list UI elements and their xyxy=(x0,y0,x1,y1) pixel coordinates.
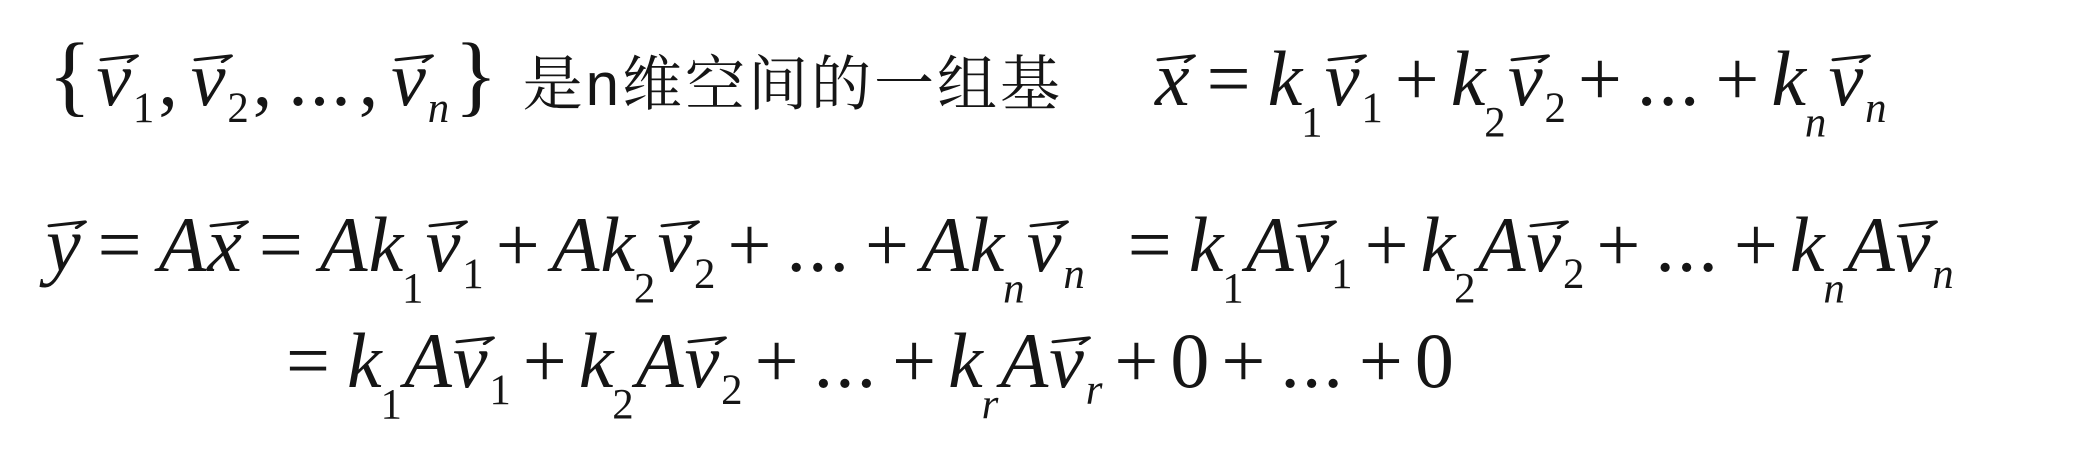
coefficient-letter: k xyxy=(1771,35,1807,122)
formula-line-rank: =k1Av1+k2Av2+...+krAvr+0+...+0 xyxy=(270,322,1455,400)
number-0: 0 xyxy=(1415,322,1455,400)
equals-sign: = xyxy=(259,206,304,284)
vector-v2-with-arrow: v2 xyxy=(1508,40,1567,118)
vector-base-letter: v xyxy=(1049,322,1085,400)
matrix-A: A xyxy=(159,206,208,284)
vector-vn-with-arrow: vn xyxy=(1896,206,1955,284)
matrix-A: A xyxy=(1847,206,1896,284)
coefficient-k2: k2 xyxy=(1451,40,1508,118)
coefficient-letter: k xyxy=(970,201,1006,288)
subscript-n: n xyxy=(1805,103,1827,146)
subscript-r: r xyxy=(982,385,1000,428)
vector-base-letter: v xyxy=(1829,40,1865,118)
curly-brace: { xyxy=(48,30,92,120)
vector-v2-with-arrow: v2 xyxy=(1526,206,1585,284)
matrix-A: A xyxy=(404,322,453,400)
coefficient-k1: k1 xyxy=(369,206,426,284)
coefficient-letter: k xyxy=(600,201,636,288)
subscript-1: 1 xyxy=(462,254,484,297)
plus-sign: + xyxy=(755,322,800,400)
plus-sign: + xyxy=(1359,322,1404,400)
subscript-1: 1 xyxy=(402,269,424,312)
number-0: 0 xyxy=(1170,322,1210,400)
coefficient-k1: k1 xyxy=(1189,206,1246,284)
spacer xyxy=(503,104,523,105)
matrix-A: A xyxy=(320,206,369,284)
comma: , xyxy=(253,40,274,118)
vector-base-letter: y xyxy=(46,206,82,284)
equals-sign: = xyxy=(98,206,143,284)
vector-v1-with-arrow: v1 xyxy=(426,206,485,284)
subscript-1: 1 xyxy=(380,385,402,428)
vector-base-letter: v xyxy=(1027,206,1063,284)
matrix-A: A xyxy=(552,206,601,284)
ellipsis: ... xyxy=(288,40,353,118)
subscript-1: 1 xyxy=(1361,88,1383,131)
coefficient-letter: k xyxy=(579,317,615,404)
subscript-1: 1 xyxy=(1222,269,1244,312)
plus-sign: + xyxy=(523,322,568,400)
equals-sign: = xyxy=(1128,206,1173,284)
plus-sign: + xyxy=(1221,322,1266,400)
plus-sign: + xyxy=(1734,206,1779,284)
plus-sign: + xyxy=(892,322,937,400)
plus-sign: + xyxy=(496,206,541,284)
vector-base-letter: v xyxy=(1508,40,1544,118)
plus-sign: + xyxy=(1365,206,1410,284)
matrix-A: A xyxy=(1001,322,1050,400)
vector-base-letter: v xyxy=(391,40,427,118)
plus-sign: + xyxy=(1578,40,1623,118)
coefficient-kr: kr xyxy=(948,322,1000,400)
vector-base-letter: v xyxy=(96,40,132,118)
coefficient-k1: k1 xyxy=(347,322,404,400)
vector-x-with-arrow: x xyxy=(1155,40,1191,118)
vector-base-letter: v xyxy=(1295,206,1331,284)
subscript-2: 2 xyxy=(1563,254,1585,297)
coefficient-letter: k xyxy=(1268,35,1304,122)
vector-v2-with-arrow: v2 xyxy=(658,206,717,284)
subscript-2: 2 xyxy=(634,269,656,312)
subscript-2: 2 xyxy=(1544,88,1566,131)
vector-base-letter: v xyxy=(1325,40,1361,118)
coefficient-letter: k xyxy=(347,317,383,404)
subscript-n: n xyxy=(1932,254,1954,297)
vector-vn-with-arrow: vn xyxy=(1829,40,1888,118)
subscript-1: 1 xyxy=(1331,254,1353,297)
vector-vr-with-arrow: vr xyxy=(1049,322,1103,400)
matrix-A: A xyxy=(1246,206,1295,284)
vector-v1-with-arrow: v1 xyxy=(1295,206,1354,284)
spacer xyxy=(1086,270,1112,271)
vector-base-letter: v xyxy=(658,206,694,284)
coefficient-k2: k2 xyxy=(1421,206,1478,284)
coefficient-letter: k xyxy=(369,201,405,288)
cjk-basis-caption: 是n维空间的一组基 xyxy=(523,55,1063,115)
vector-base-letter: v xyxy=(191,40,227,118)
coefficient-kn: kn xyxy=(970,206,1027,284)
coefficient-k2: k2 xyxy=(600,206,657,284)
ellipsis: ... xyxy=(814,322,879,400)
matrix-A: A xyxy=(636,322,685,400)
equals-sign: = xyxy=(1207,40,1252,118)
comma: , xyxy=(359,40,380,118)
subscript-n: n xyxy=(1003,269,1025,312)
subscript-2: 2 xyxy=(721,370,743,413)
ellipsis: ... xyxy=(787,206,852,284)
vector-x-with-arrow: x xyxy=(207,206,243,284)
formula-line-transform: y=Ax=Ak1v1+Ak2v2+...+Aknvn=k1Av1+k2Av2+.… xyxy=(46,206,1955,284)
ellipsis: ... xyxy=(1655,206,1720,284)
subscript-n: n xyxy=(428,88,450,131)
formula-line-basis: {v1,v2,...,vn}是n维空间的一组基x=k1v1+k2v2+...+k… xyxy=(44,30,1888,120)
coefficient-letter: k xyxy=(1189,201,1225,288)
subscript-2: 2 xyxy=(1484,103,1506,146)
vector-y-with-arrow: y xyxy=(46,206,82,284)
vector-base-letter: v xyxy=(1526,206,1562,284)
ellipsis: ... xyxy=(1280,322,1345,400)
math-slide-canvas: {v1,v2,...,vn}是n维空间的一组基x=k1v1+k2v2+...+k… xyxy=(0,0,2095,466)
coefficient-letter: k xyxy=(1451,35,1487,122)
vector-base-letter: v xyxy=(426,206,462,284)
subscript-n: n xyxy=(1823,269,1845,312)
coefficient-kn: kn xyxy=(1771,40,1828,118)
coefficient-letter: k xyxy=(1421,201,1457,288)
vector-vn-with-arrow: vn xyxy=(1027,206,1086,284)
subscript-1: 1 xyxy=(1301,103,1323,146)
subscript-n: n xyxy=(1063,254,1085,297)
subscript-1: 1 xyxy=(133,88,155,131)
subscript-2: 2 xyxy=(612,385,634,428)
plus-sign: + xyxy=(1395,40,1440,118)
subscript-2: 2 xyxy=(694,254,716,297)
vector-base-letter: x xyxy=(1155,40,1191,118)
subscript-r: r xyxy=(1086,370,1104,413)
plus-sign: + xyxy=(1596,206,1641,284)
vector-v2-with-arrow: v2 xyxy=(191,40,250,118)
comma: , xyxy=(158,40,179,118)
vector-v1-with-arrow: v1 xyxy=(96,40,155,118)
vector-v1-with-arrow: v1 xyxy=(453,322,512,400)
coefficient-k2: k2 xyxy=(579,322,636,400)
subscript-n: n xyxy=(1865,88,1887,131)
matrix-A: A xyxy=(921,206,970,284)
coefficient-kn: kn xyxy=(1790,206,1847,284)
subscript-2: 2 xyxy=(1454,269,1476,312)
vector-base-letter: v xyxy=(1896,206,1932,284)
subscript-2: 2 xyxy=(227,88,249,131)
plus-sign: + xyxy=(1715,40,1760,118)
curly-brace: } xyxy=(454,30,498,120)
subscript-1: 1 xyxy=(489,370,511,413)
equals-sign: = xyxy=(286,322,331,400)
plus-sign: + xyxy=(728,206,773,284)
matrix-A: A xyxy=(1478,206,1527,284)
spacer xyxy=(1063,104,1155,105)
coefficient-letter: k xyxy=(1790,201,1826,288)
plus-sign: + xyxy=(865,206,910,284)
vector-base-letter: v xyxy=(685,322,721,400)
coefficient-letter: k xyxy=(948,317,984,404)
vector-v2-with-arrow: v2 xyxy=(685,322,744,400)
vector-v1-with-arrow: v1 xyxy=(1325,40,1384,118)
coefficient-k1: k1 xyxy=(1268,40,1325,118)
plus-sign: + xyxy=(1114,322,1159,400)
ellipsis: ... xyxy=(1637,40,1702,118)
vector-vn-with-arrow: vn xyxy=(391,40,450,118)
vector-base-letter: v xyxy=(453,322,489,400)
vector-base-letter: x xyxy=(207,206,243,284)
